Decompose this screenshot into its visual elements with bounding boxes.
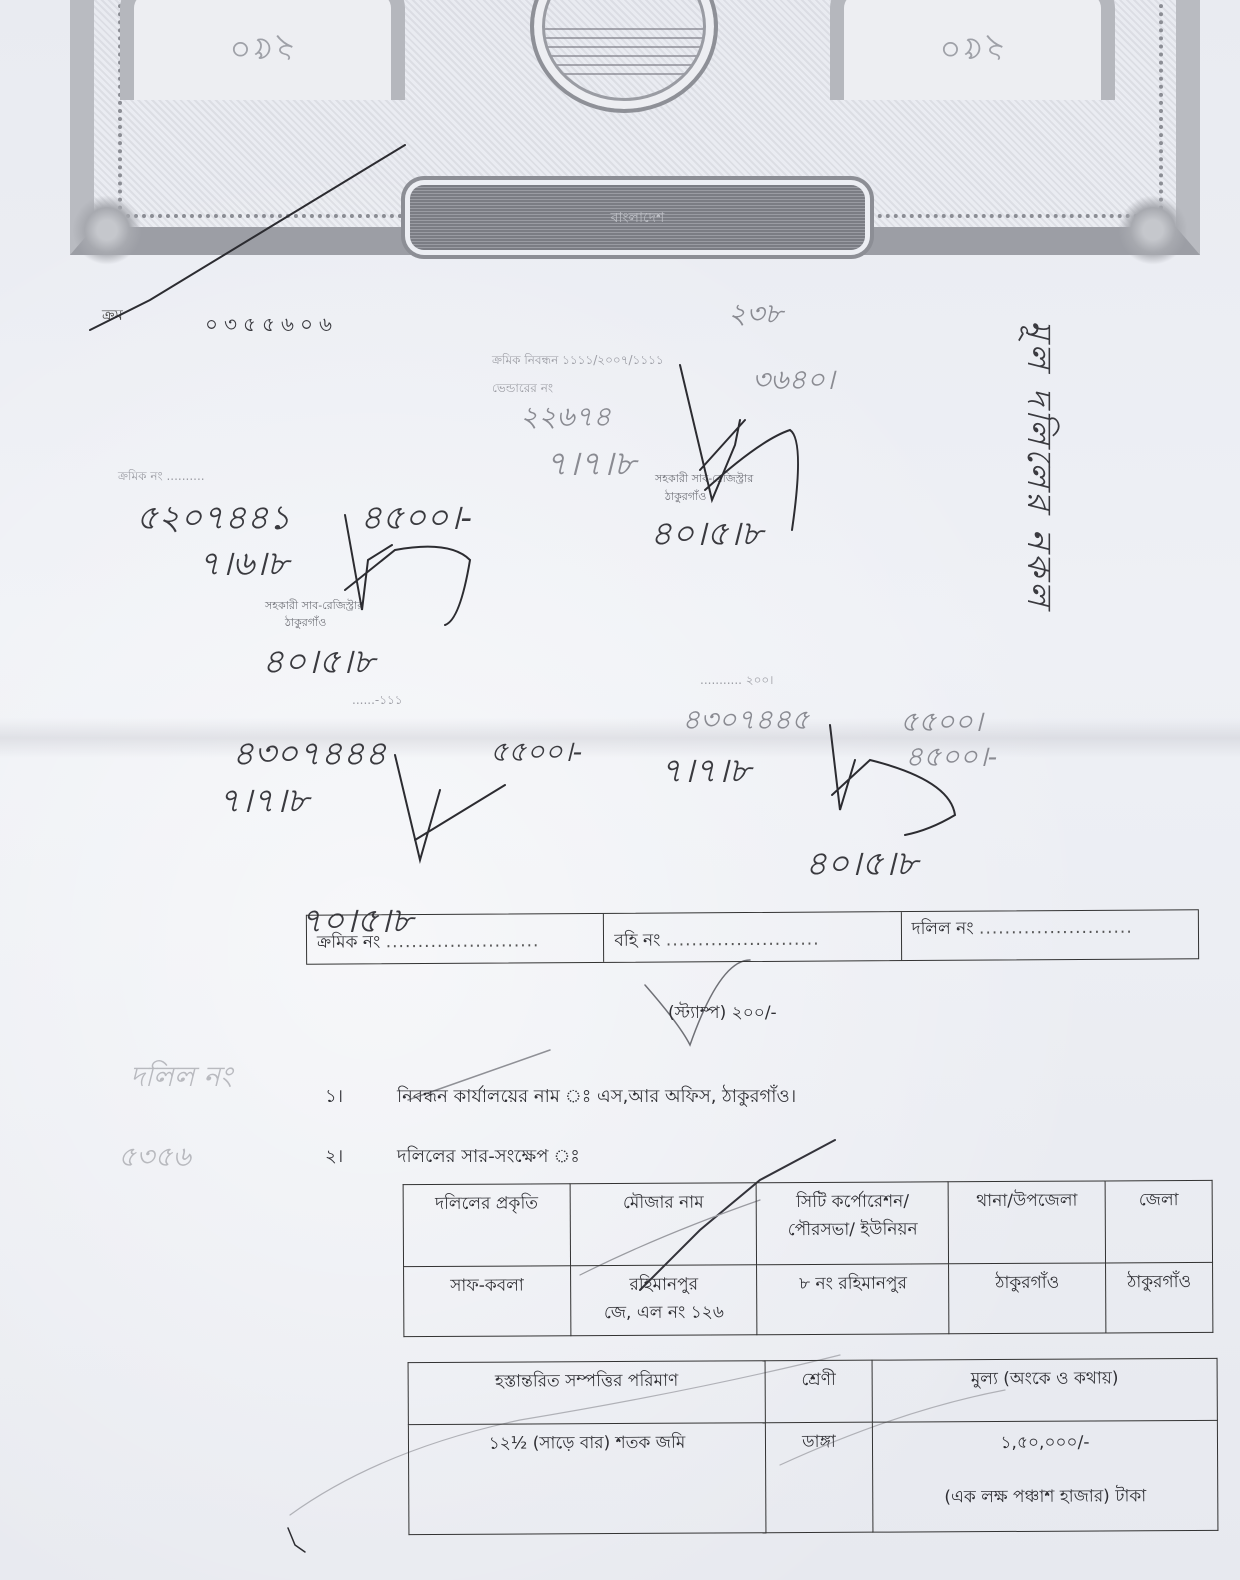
stamp-denomination-left: ২৫০ — [120, 0, 405, 100]
cell-upazila: ঠাকুরগাঁও — [949, 1263, 1106, 1334]
signature-sub-label: ঠাকুরগাঁও — [285, 614, 326, 633]
registration-reference-table: ক্রমিক নং ........................ বহি ন… — [306, 909, 1199, 964]
printed-line: ক্রমিক নং .......... — [118, 468, 205, 488]
ornament-right-icon — [1118, 195, 1188, 265]
property-table: হস্তান্তরিত সম্পত্তির পরিমাণ শ্রেণী মুল্… — [408, 1358, 1219, 1535]
printed-line: ........... ২০০। — [700, 672, 773, 692]
endorsement-serial: ২৩৮ — [728, 292, 783, 339]
serial-label: ক্রম — [102, 304, 123, 329]
cell-district: ঠাকুরগাঁও — [1106, 1262, 1213, 1333]
handwritten-amount: ৩৬৪০। — [752, 358, 835, 405]
handwritten-amount: ৫৫০০।- — [490, 730, 582, 777]
cell-value: ১,৫০,০০০/- (এক লক্ষ পঞ্চাশ হাজার) টাকা — [872, 1420, 1218, 1532]
stamp-label-band: বাংলাদেশ — [410, 185, 865, 250]
handwritten-amount: ৪৫০০।- — [905, 735, 997, 782]
handwritten-date: ৭।৭।৮ — [660, 745, 751, 802]
handwritten-date: ৪০।৫।৮ — [262, 636, 375, 693]
stamp-duty: (স্ট্যাম্প) ২০০/- — [668, 1000, 777, 1028]
paper-fold — [0, 718, 1240, 758]
header-value: মুল্য (অংকে ও কথায়) — [872, 1358, 1217, 1422]
faint-note: দলিল নং — [130, 1055, 232, 1102]
header-upazila: থানা/উপজেলা — [948, 1181, 1105, 1264]
book-number-field[interactable]: বহি নং ........................ — [604, 912, 902, 962]
deed-summary-table: দলিলের প্রকৃতি মৌজার নাম সিটি কর্পোরেশন/… — [403, 1180, 1214, 1337]
faint-note: ৫৩৫৬ — [118, 1135, 191, 1182]
stamp-serial-number: ০৩৫৫৬০৬ — [205, 310, 338, 343]
vertical-handwritten-note: মূল দলিলের নকল — [1010, 320, 1067, 610]
header-district: জেলা — [1105, 1180, 1212, 1263]
header-class: শ্রেণী — [765, 1360, 872, 1423]
cell-class: ডাঙ্গা — [765, 1422, 873, 1533]
signature-sub-label: ঠাকুরগাঁও — [665, 488, 706, 507]
stamp-paper-header: ২৫০ ২৫০ বাংলাদেশ — [0, 0, 1240, 280]
serial-number-field[interactable]: ক্রমিক নং ........................ — [307, 914, 605, 964]
header-deed-type: দলিলের প্রকৃতি — [403, 1184, 570, 1267]
handwritten-date: ৭।৭।৮ — [545, 438, 636, 495]
handwritten-amount: ৪৫০০।- — [360, 492, 472, 549]
header-union: সিটি কর্পোরেশন/ পৌরসভা/ ইউনিয়ন — [757, 1182, 949, 1265]
printed-line: ক্রমিক নিবন্ধন ১১১১/২০০৭/১১১১ — [492, 352, 664, 372]
handwritten-date: ৪০।৫।৮ — [650, 508, 763, 565]
header-mouza: মৌজার নাম — [570, 1183, 757, 1266]
cell-union: ৮ নং রহিমানপুর — [757, 1264, 949, 1335]
signature-label: সহকারী সাব-রেজিস্ট্রার — [655, 470, 753, 489]
deed-number-field[interactable]: দলিল নং ........................ — [902, 910, 1199, 960]
stamp-denomination-right: ২৫০ — [830, 0, 1115, 100]
header-quantity: হস্তান্তরিত সম্পত্তির পরিমাণ — [408, 1361, 765, 1425]
cell-deed-type: সাফ-কবলা — [404, 1266, 571, 1337]
value-words: (এক লক্ষ পঞ্চাশ হাজার) টাকা — [881, 1483, 1209, 1513]
printed-line: ......-১১১ — [352, 692, 403, 712]
ornament-left-icon — [72, 195, 142, 265]
handwritten-date: ৭।৬।৮ — [198, 538, 289, 595]
handwritten-number: ২২৬৭৪ — [520, 395, 611, 442]
handwritten-date: ৪০।৫।৮ — [805, 838, 918, 895]
value-number: ১,৫০,০০০/- — [881, 1429, 1209, 1459]
cell-quantity: ১২½ (সাড়ে বার) শতক জমি — [408, 1423, 766, 1535]
handwritten-date: ৭।৭।৮ — [218, 775, 309, 832]
handwritten-number: ৪৩০৭৪৪৫ — [682, 698, 809, 745]
cell-mouza: রহিমানপুর জে, এল নং ১২৬ — [570, 1265, 757, 1336]
